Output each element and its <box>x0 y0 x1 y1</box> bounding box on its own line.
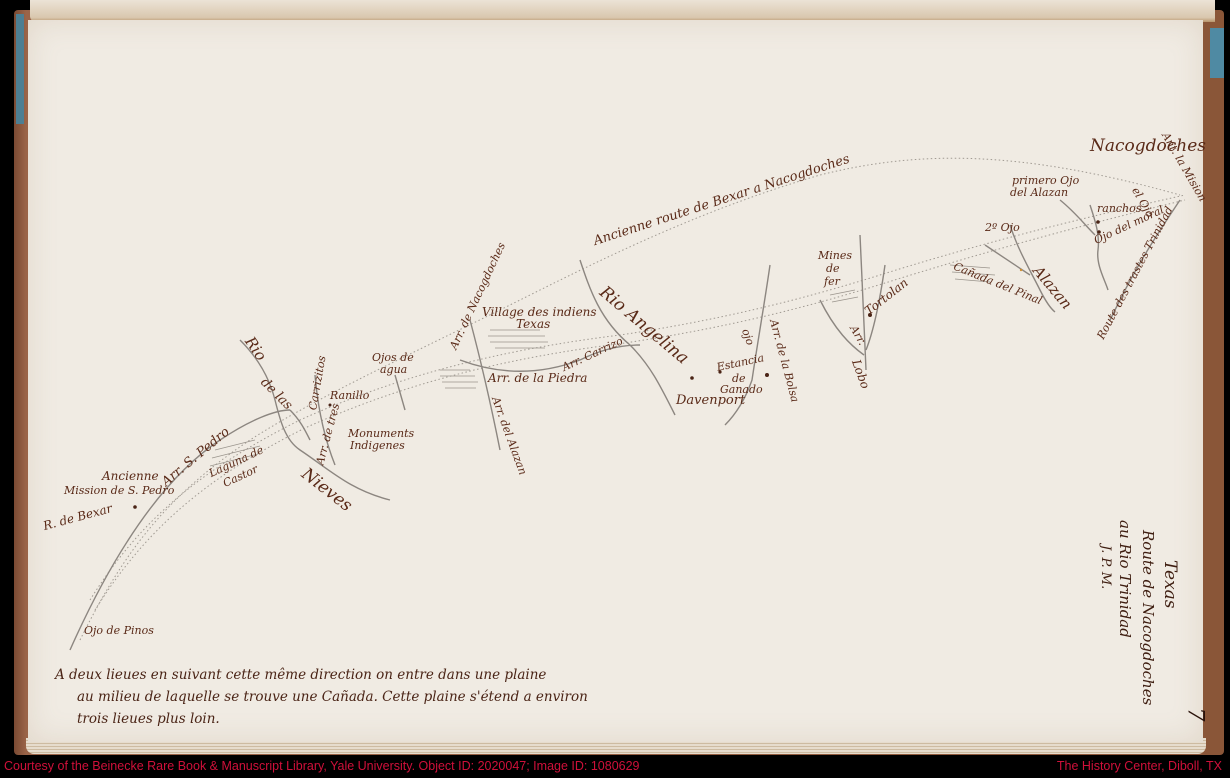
map-linework <box>0 0 1230 778</box>
note-line-2: au milieu de laquelle se trouve une Caña… <box>55 686 695 708</box>
label-monuments: Monuments <box>348 428 414 439</box>
creek-moral <box>1090 205 1108 290</box>
label-minas: Mines <box>818 250 852 261</box>
label-ranchos: ranchos <box>1097 203 1141 214</box>
label-fer: fer <box>824 276 840 287</box>
label-ojo-pinos: Ojo de Pinos <box>84 625 154 636</box>
manuscript-note: A deux lieues en suivant cette même dire… <box>55 664 695 730</box>
label-mission-san-pedro: Mission de S. Pedro <box>64 485 174 496</box>
label-ojos-de: Ojos de <box>372 352 414 363</box>
page-number: 7 <box>1183 708 1208 722</box>
label-agua: agua <box>380 364 407 375</box>
note-line-3: trois lieues plus loin. <box>55 708 695 730</box>
label-primero-ojo: primero Ojo <box>1012 175 1079 186</box>
note-line-1: A deux lieues en suivant cette même dire… <box>55 664 695 686</box>
label-nacogdoches: Nacogdoches <box>1090 138 1206 155</box>
route-path-south <box>90 195 1185 600</box>
credit-beinecke: Courtesy of the Beinecke Rare Book & Man… <box>4 759 640 773</box>
label-ranillo: Ranillo <box>330 390 369 401</box>
label-del-alazan: del Alazan <box>1010 187 1068 198</box>
title-initials: J. P. M. <box>1098 545 1113 589</box>
river-alazan-arroyo <box>470 320 500 450</box>
label-de: de <box>826 263 840 274</box>
credit-history-center: The History Center, Diboll, TX <box>1057 759 1222 773</box>
title-rio-trinidad: au Rio Trinidad <box>1116 520 1134 638</box>
title-route: Route de Nacogdoches <box>1139 530 1157 705</box>
label-segundo-ojo: 2º Ojo <box>985 222 1020 233</box>
label-davenport: Davenport <box>676 394 745 407</box>
creek-lobo <box>860 235 866 370</box>
title-texas: Texas <box>1160 560 1180 609</box>
label-ancienne: Ancienne <box>102 470 159 482</box>
label-arr-piedra: Arr. de la Piedra <box>488 372 587 384</box>
label-texas-indians: Texas <box>516 318 550 330</box>
label-indigenes: Indigenes <box>350 440 405 451</box>
